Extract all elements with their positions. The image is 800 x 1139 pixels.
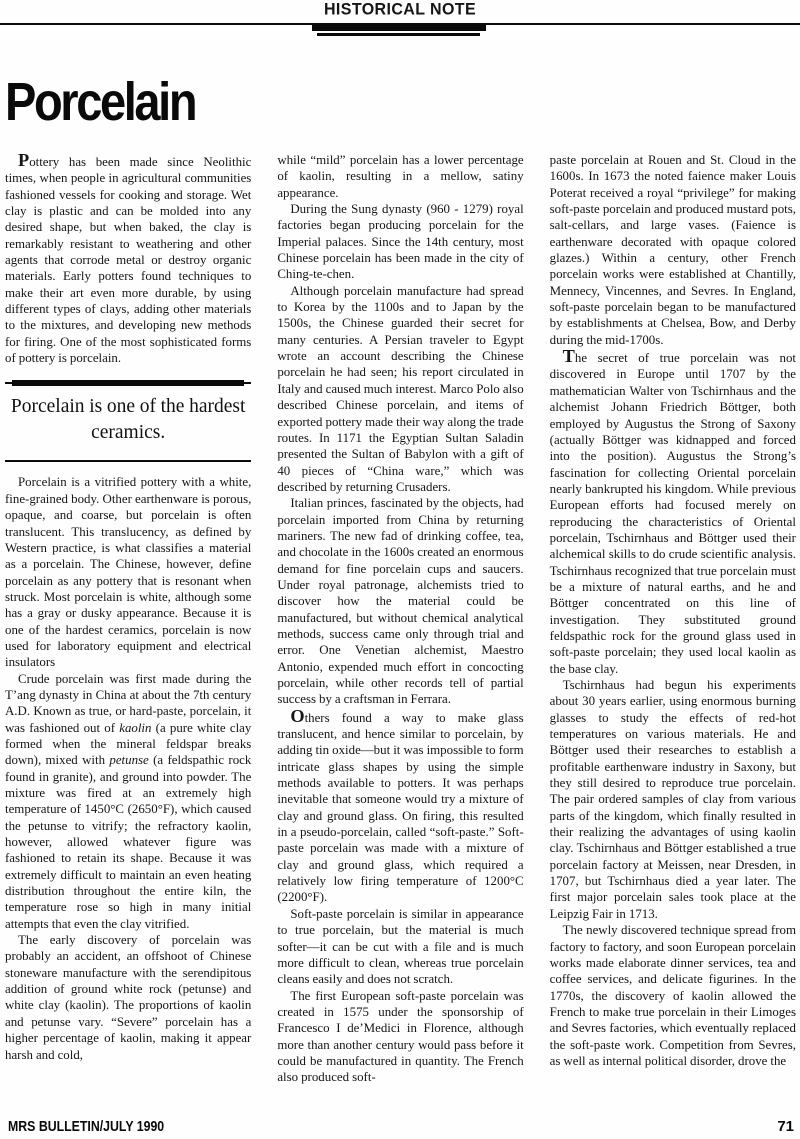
paragraph: Crude porcelain was first made during th… [5,671,251,933]
section-kicker: HISTORICAL NOTE [0,1,800,20]
initial-cap: O [290,706,304,726]
paragraph: The newly discovered technique spread fr… [550,922,796,1069]
italic-term: kaolin [119,721,151,735]
paragraph: Porcelain is a vitrified pottery with a … [5,474,251,670]
paragraph: paste porcelain at Rouen and St. Cloud i… [550,152,796,348]
paragraph: Others found a way to make glass translu… [277,708,523,906]
article-title: Porcelain [5,76,195,130]
column-2: while “mild” porcelain has a lower perce… [277,152,523,1110]
paragraph: During the Sung dynasty (960 - 1279) roy… [277,201,523,283]
column-1: Pottery has been made since Neolithic ti… [5,152,251,1110]
column-3: paste porcelain at Rouen and St. Cloud i… [550,152,796,1110]
header-thick-bar [312,24,486,31]
paragraph: Soft-paste porcelain is similar in appea… [277,906,523,988]
paragraph: The early discovery of porcelain was pro… [5,932,251,1063]
magazine-page: HISTORICAL NOTE Porcelain Pottery has be… [0,0,800,1139]
paragraph: Although porcelain manufacture had sprea… [277,283,523,495]
italic-term: petunse [109,753,148,767]
pull-quote: Porcelain is one of the hardest ceramics… [5,380,251,462]
paragraph: The first European soft-paste porcelain … [277,988,523,1086]
header-thin-bar [317,33,480,36]
paragraph: Pottery has been made since Neolithic ti… [5,152,251,366]
paragraph: Tschirnhaus had begun his experiments ab… [550,677,796,922]
paragraph: Italian princes, fascinated by the objec… [277,495,523,707]
paragraph: The secret of true porcelain was not dis… [550,348,796,677]
initial-cap: T [563,346,575,366]
journal-issue-label: MRS BULLETIN/JULY 1990 [8,1119,164,1135]
page-number: 71 [777,1118,794,1135]
paragraph: while “mild” porcelain has a lower perce… [277,152,523,201]
page-footer: MRS BULLETIN/JULY 1990 71 [8,1118,794,1135]
article-body: Pottery has been made since Neolithic ti… [5,152,796,1110]
pull-quote-top-bar [12,380,244,386]
initial-cap: P [18,152,29,170]
